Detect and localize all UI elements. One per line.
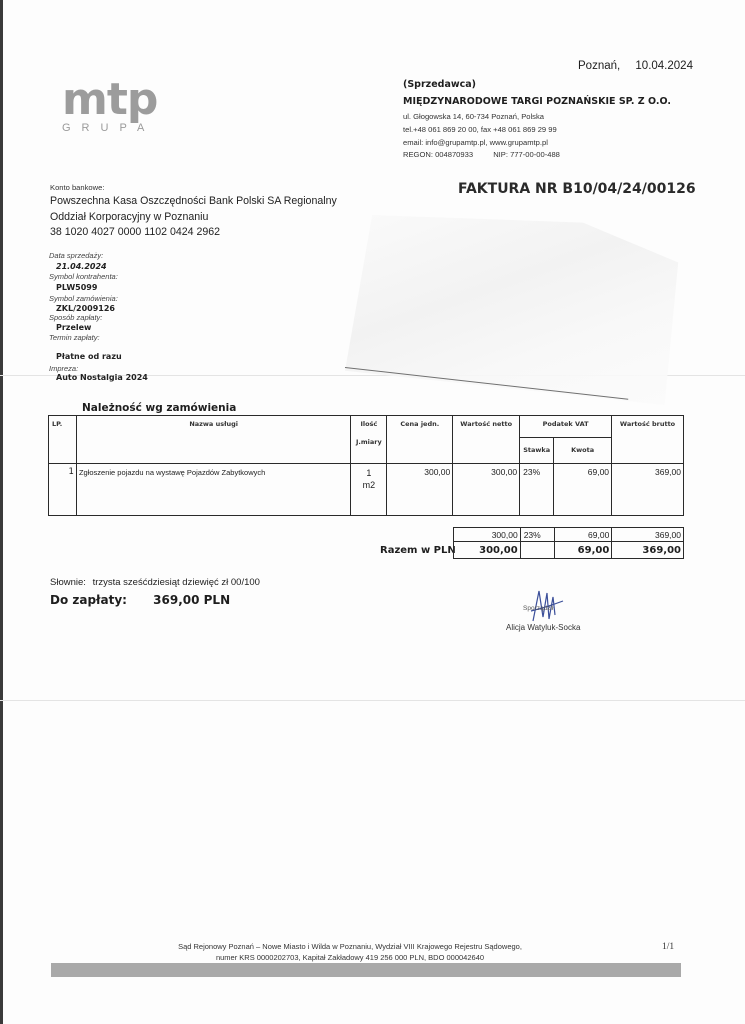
- event-name: Auto Nostalgia 2024: [56, 373, 148, 382]
- signature-role: Sporządził: [523, 605, 553, 612]
- seller-name: MIĘDZYNARODOWE TARGI POZNAŃSKIE SP. Z O.…: [403, 96, 671, 107]
- seller-regon: REGON: 004870933: [403, 150, 473, 159]
- issue-city: Poznań,: [578, 60, 620, 72]
- footer-bar: [51, 963, 681, 977]
- totals-sum-vat: 69,00: [554, 542, 612, 559]
- page-number: 1/1: [662, 942, 674, 952]
- sale-date: 21.04.2024: [56, 262, 107, 271]
- row-lp: 1: [49, 464, 77, 516]
- scan-edge: [0, 0, 3, 1024]
- bank-label: Konto bankowe:: [50, 183, 104, 192]
- event-label: Impreza:: [49, 364, 78, 373]
- logo-subtitle: GRUPA: [62, 122, 157, 134]
- totals-rate-row: 300,00 23% 69,00 369,00: [454, 528, 684, 542]
- totals-table: 300,00 23% 69,00 369,00 300,00 69,00 369…: [453, 527, 684, 559]
- row-vat-rate: 23%: [520, 464, 554, 516]
- amount-due: Do zapłaty: 369,00 PLN: [50, 593, 230, 607]
- contractor-symbol: PLW5099: [56, 283, 97, 292]
- totals-sum-rate: [520, 542, 554, 559]
- row-name: Zgłoszenie pojazdu na wystawę Pojazdów Z…: [76, 464, 350, 516]
- issue-date: 10.04.2024: [635, 60, 693, 72]
- seller-nip: NIP: 777-00-00-488: [493, 150, 560, 159]
- row-net: 300,00: [453, 464, 520, 516]
- company-logo: mtp GRUPA: [62, 80, 157, 134]
- totals-sum-gross: 369,00: [612, 542, 684, 559]
- row-gross: 369,00: [612, 464, 684, 516]
- col-unit-price: Cena jedn.: [387, 416, 453, 464]
- signature-name: Alicja Watyluk-Socka: [506, 623, 580, 632]
- table-header-row: LP. Nazwa usługi Ilość J.miary Cena jedn…: [49, 416, 684, 438]
- bank-account: 38 1020 4027 0000 1102 0424 2962: [50, 226, 220, 238]
- logo-mark: mtp: [62, 80, 157, 120]
- totals-rate-net: 300,00: [454, 528, 521, 542]
- amount-words-label: Słownie:: [50, 577, 86, 588]
- totals-rate-rate: 23%: [520, 528, 554, 542]
- amount-due-label: Do zapłaty:: [50, 593, 127, 607]
- order-symbol: ZKL/2009126: [56, 304, 115, 313]
- payment-method: Przelew: [56, 323, 91, 332]
- seller-ids: REGON: 004870933 NIP: 777-00-00-488: [403, 150, 560, 159]
- sale-date-label: Data sprzedaży:: [49, 251, 103, 260]
- col-unit-label: J.miary: [351, 438, 386, 446]
- table-row: 1 Zgłoszenie pojazdu na wystawę Pojazdów…: [49, 464, 684, 516]
- col-gross: Wartość brutto: [612, 416, 684, 464]
- seller-address: ul. Głogowska 14, 60-734 Poznań, Polska: [403, 112, 544, 121]
- seller-email: email: info@grupamtp.pl, www.grupamtp.pl: [403, 138, 548, 147]
- row-unit-price: 300,00: [387, 464, 453, 516]
- payment-method-label: Sposób zapłaty:: [49, 313, 102, 322]
- issue-place-date: Poznań, 10.04.2024: [578, 60, 693, 72]
- row-qty-value: 1: [351, 467, 386, 479]
- row-vat-amount: 69,00: [554, 464, 612, 516]
- seller-label: (Sprzedawca): [403, 79, 476, 90]
- amount-words: trzysta sześćdziesiąt dziewięć zł 00/100: [93, 577, 260, 588]
- paper-crease: [345, 215, 685, 405]
- col-net: Wartość netto: [453, 416, 520, 464]
- col-vat-amount: Kwota: [554, 438, 612, 464]
- footer-line1: Sąd Rejonowy Poznań – Nowe Miasto i Wild…: [100, 942, 600, 951]
- payment-term-label: Termin zapłaty:: [49, 333, 100, 342]
- items-section-title: Należność wg zamówienia: [82, 402, 236, 414]
- totals-rate-vat: 69,00: [554, 528, 612, 542]
- bank-name-line1: Powszechna Kasa Oszczędności Bank Polski…: [50, 195, 337, 207]
- totals-rate-gross: 369,00: [612, 528, 684, 542]
- footer-line2: numer KRS 0000202703, Kapitał Zakładowy …: [100, 953, 600, 962]
- col-qty: Ilość J.miary: [351, 416, 387, 464]
- row-unit: m2: [351, 479, 386, 491]
- totals-sum-net: 300,00: [454, 542, 521, 559]
- contractor-label: Symbol kontrahenta:: [49, 272, 118, 281]
- fold-line: [0, 700, 745, 701]
- invoice-number: FAKTURA NR B10/04/24/00126: [458, 181, 696, 197]
- seller-phone: tel.+48 061 869 20 00, fax +48 061 869 2…: [403, 125, 557, 134]
- items-table: LP. Nazwa usługi Ilość J.miary Cena jedn…: [48, 415, 684, 516]
- totals-label: Razem w PLN: [380, 545, 456, 556]
- row-qty: 1 m2: [351, 464, 387, 516]
- order-label: Symbol zamówienia:: [49, 294, 118, 303]
- col-qty-label: Ilość: [360, 420, 377, 428]
- col-vat-rate: Stawka: [520, 438, 554, 464]
- totals-sum-row: 300,00 69,00 369,00: [454, 542, 684, 559]
- amount-in-words: Słownie: trzysta sześćdziesiąt dziewięć …: [50, 577, 260, 588]
- bank-name-line2: Oddział Korporacyjny w Poznaniu: [50, 211, 208, 223]
- col-lp: LP.: [49, 416, 77, 464]
- col-vat: Podatek VAT: [520, 416, 612, 438]
- col-name: Nazwa usługi: [76, 416, 350, 464]
- amount-due-value: 369,00 PLN: [153, 593, 230, 607]
- payment-term: Płatne od razu: [56, 352, 122, 361]
